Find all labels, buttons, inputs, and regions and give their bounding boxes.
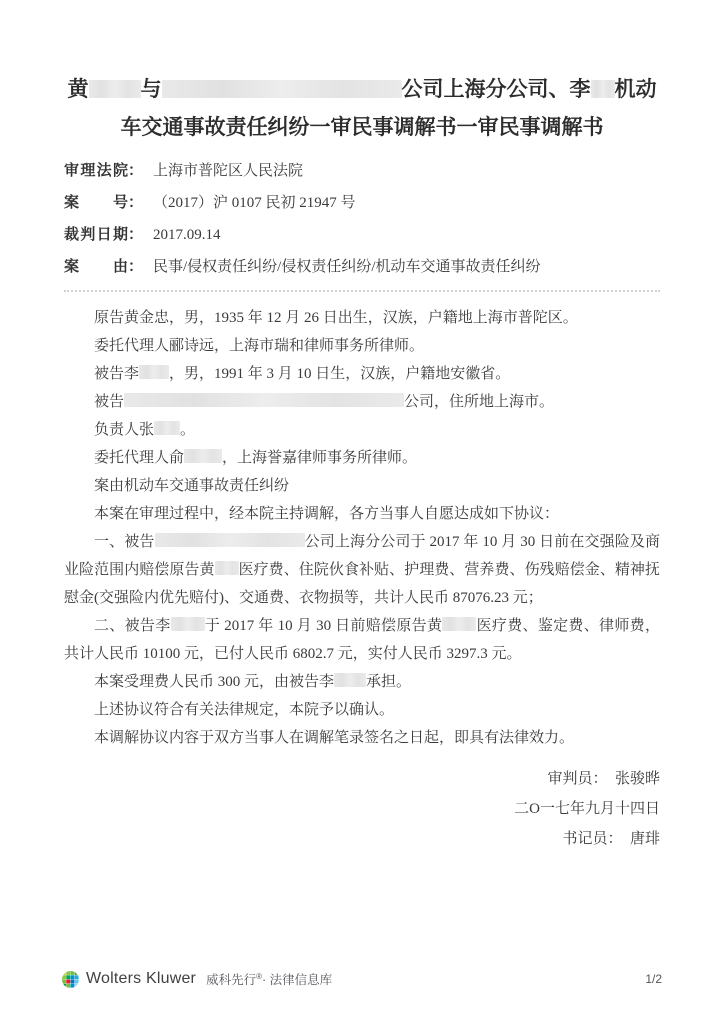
- text-segment: 被告李: [94, 366, 139, 382]
- body-paragraph: 本调解协议内容于双方当事人在调解笔录签名之日起，即具有法律效力。: [64, 724, 660, 752]
- signature-line: 二O一七年九月十四日: [64, 794, 660, 824]
- redacted-text: [184, 449, 222, 463]
- meta-label-char: 法: [97, 162, 112, 181]
- brand-name: Wolters Kluwer: [86, 970, 196, 988]
- meta-value: （2017）沪 0107 民初 21947 号: [153, 194, 356, 213]
- meta-label: 案由: [64, 258, 128, 277]
- body-paragraph: 案由机动车交通事故责任纠纷: [64, 472, 660, 500]
- text-segment: 委托代理人郦诗远，上海市瑞和律师事务所律师。: [94, 338, 424, 354]
- meta-row: 案由：民事/侵权责任纠纷/侵权责任纠纷/机动车交通事故责任纠纷: [64, 258, 660, 277]
- body-paragraph: 负责人张。: [64, 416, 660, 444]
- redacted-text: [171, 617, 205, 631]
- meta-colon: ：: [128, 258, 143, 277]
- meta-label-char: 号: [113, 194, 128, 213]
- meta-label-char: 日: [97, 226, 112, 245]
- metadata-table: 审理法院：上海市普陀区人民法院案号：（2017）沪 0107 民初 21947 …: [64, 162, 660, 277]
- footer: Wolters Kluwer 威科先行®· 法律信息库 1/2: [62, 970, 662, 988]
- text-segment: 承担。: [366, 674, 411, 690]
- text-segment: 本案在审理过程中，经本院主持调解，各方当事人自愿达成如下协议：: [94, 506, 559, 522]
- meta-value: 民事/侵权责任纠纷/侵权责任纠纷/机动车交通事故责任纠纷: [153, 258, 541, 277]
- body-paragraph: 委托代理人俞，上海誉嘉律师事务所律师。: [64, 444, 660, 472]
- meta-colon: ：: [128, 162, 143, 181]
- redacted-text: [215, 561, 239, 575]
- text-segment: ，男，1991 年 3 月 10 日生，汉族，户籍地安徽省。: [169, 366, 510, 382]
- meta-row: 裁判日期：2017.09.14: [64, 226, 660, 245]
- text-segment: 案由机动车交通事故责任纠纷: [94, 478, 289, 494]
- signature-block: 审判员： 张骏晔二O一七年九月十四日书记员： 唐琲: [64, 764, 660, 854]
- body-paragraph: 原告黄金忠，男，1935 年 12 月 26 日出生，汉族，户籍地上海市普陀区。: [64, 304, 660, 332]
- body-paragraph: 被告公司，住所地上海市。: [64, 388, 660, 416]
- body-paragraph: 一、被告公司上海分公司于 2017 年 10 月 30 日前在交强险及商业险范围…: [64, 528, 660, 612]
- meta-colon: ：: [128, 226, 143, 245]
- meta-value: 上海市普陀区人民法院: [153, 162, 303, 181]
- text-segment: 二、被告李: [94, 618, 171, 634]
- meta-value: 2017.09.14: [153, 226, 221, 245]
- text-segment: 黄: [68, 77, 89, 101]
- body-paragraph: 委托代理人郦诗远，上海市瑞和律师事务所律师。: [64, 332, 660, 360]
- signature-line: 书记员： 唐琲: [64, 824, 660, 854]
- meta-label-char: 理: [80, 162, 95, 181]
- doc-title: 黄与公司上海分公司、李机动车交通事故责任纠纷一审民事调解书一审民事调解书: [64, 70, 660, 146]
- meta-label-char: 审: [64, 162, 79, 181]
- text-segment: 。: [180, 422, 195, 438]
- text-segment: 与: [141, 77, 162, 101]
- meta-label-char: 判: [80, 226, 95, 245]
- redacted-text: [591, 80, 615, 98]
- redacted-text: [139, 365, 169, 379]
- meta-row: 案号：（2017）沪 0107 民初 21947 号: [64, 194, 660, 213]
- meta-label: 案号: [64, 194, 128, 213]
- redacted-text: [442, 617, 476, 631]
- meta-label-char: 由: [113, 258, 128, 277]
- text-segment: 委托代理人俞: [94, 450, 184, 466]
- meta-label-char: 案: [64, 194, 79, 213]
- body-paragraph: 被告李，男，1991 年 3 月 10 日生，汉族，户籍地安徽省。: [64, 360, 660, 388]
- redacted-text: [334, 673, 366, 687]
- meta-label: 裁判日期: [64, 226, 128, 245]
- redacted-text: [124, 393, 404, 407]
- product-tail: · 法律信息库: [262, 973, 332, 987]
- meta-label-char: 裁: [64, 226, 79, 245]
- product-name: 威科先行®· 法律信息库: [206, 970, 332, 988]
- redacted-text: [162, 80, 402, 98]
- meta-label: 审理法院: [64, 162, 128, 181]
- body-paragraph: 本案在审理过程中，经本院主持调解，各方当事人自愿达成如下协议：: [64, 500, 660, 528]
- meta-label-char: 期: [113, 226, 128, 245]
- text-segment: 原告黄金忠，男，1935 年 12 月 26 日出生，汉族，户籍地上海市普陀区。: [94, 310, 578, 326]
- body-paragraph: 本案受理费人民币 300 元，由被告李承担。: [64, 668, 660, 696]
- text-segment: 本调解协议内容于双方当事人在调解笔录签名之日起，即具有法律效力。: [94, 730, 574, 746]
- redacted-text: [89, 80, 141, 98]
- text-segment: 公司上海分公司、李: [402, 77, 591, 101]
- text-segment: 公司，住所地上海市。: [404, 394, 554, 410]
- dotted-divider: [64, 290, 660, 292]
- redacted-text: [155, 533, 305, 547]
- body-paragraph: 二、被告李于 2017 年 10 月 30 日前赔偿原告黄医疗费、鉴定费、律师费…: [64, 612, 660, 668]
- signature-line: 审判员： 张骏晔: [64, 764, 660, 794]
- meta-label-char: 院: [113, 162, 128, 181]
- text-segment: ，上海誉嘉律师事务所律师。: [222, 450, 417, 466]
- product-name-cn: 威科先行: [206, 973, 256, 987]
- body-paragraph: 上述协议符合有关法律规定，本院予以确认。: [64, 696, 660, 724]
- document-page: 黄与公司上海分公司、李机动车交通事故责任纠纷一审民事调解书一审民事调解书 审理法…: [0, 0, 724, 1024]
- text-segment: 本案受理费人民币 300 元，由被告李: [94, 674, 334, 690]
- text-segment: 于 2017 年 10 月 30 日前赔偿原告黄: [205, 618, 443, 634]
- document-body: 原告黄金忠，男，1935 年 12 月 26 日出生，汉族，户籍地上海市普陀区。…: [64, 304, 660, 752]
- text-segment: 上述协议符合有关法律规定，本院予以确认。: [94, 702, 394, 718]
- text-segment: 一、被告: [94, 534, 155, 550]
- text-segment: 被告: [94, 394, 124, 410]
- redacted-text: [154, 421, 180, 435]
- text-segment: 负责人张: [94, 422, 154, 438]
- page-indicator: 1/2: [645, 972, 662, 986]
- document-content: 黄与公司上海分公司、李机动车交通事故责任纠纷一审民事调解书一审民事调解书 审理法…: [0, 0, 724, 854]
- wolters-kluwer-logo-icon: [62, 971, 79, 988]
- meta-label-char: 案: [64, 258, 79, 277]
- meta-row: 审理法院：上海市普陀区人民法院: [64, 162, 660, 181]
- meta-colon: ：: [128, 194, 143, 213]
